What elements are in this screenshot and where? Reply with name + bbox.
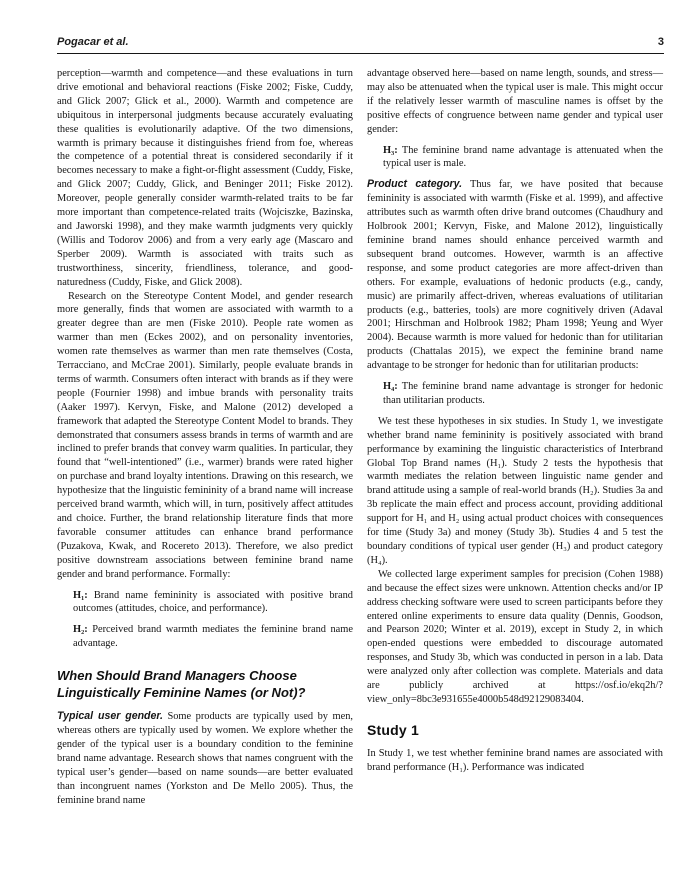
study-1-intro-paragraph: In Study 1, we test whether feminine bra…	[367, 747, 663, 775]
hypothesis-1: H₁: Brand name femininity is associated …	[73, 589, 353, 617]
methods-paragraph: We collected large experiment samples fo…	[367, 568, 663, 707]
page-number: 3	[658, 36, 664, 49]
hypothesis-1-text: Brand name femininity is associated with…	[73, 590, 353, 615]
product-category-lead: Product category.	[367, 178, 462, 190]
typical-user-gender-lead: Typical user gender.	[57, 710, 163, 722]
right-column: advantage observed here—based on name le…	[367, 67, 663, 808]
hypothesis-3-text: The feminine brand name advantage is att…	[383, 145, 663, 170]
paper-page: Pogacar et al. 3 perception—warmth and c…	[0, 0, 700, 896]
hypothesis-3-label: H₃:	[383, 145, 398, 156]
hypothesis-4-text: The feminine brand name advantage is str…	[383, 381, 663, 406]
two-column-body: perception—warmth and competence—and the…	[57, 67, 664, 808]
intro-continuation-paragraph: perception—warmth and competence—and the…	[57, 67, 353, 290]
hypothesis-4-label: H₄:	[383, 381, 398, 392]
hypothesis-2-label: H₂:	[73, 624, 88, 635]
typical-user-gender-text: Some products are typically used by men,…	[57, 711, 353, 805]
left-column: perception—warmth and competence—and the…	[57, 67, 353, 808]
typical-user-gender-paragraph: Typical user gender. Some products are t…	[57, 710, 353, 807]
studies-overview-paragraph: We test these hypotheses in six studies.…	[367, 415, 663, 568]
running-head: Pogacar et al.	[57, 36, 129, 49]
study-1-heading: Study 1	[367, 722, 663, 739]
header-rule	[57, 53, 664, 54]
hypothesis-2-text: Perceived brand warmth mediates the femi…	[73, 624, 353, 649]
hypothesis-1-label: H₁:	[73, 590, 88, 601]
product-category-text: Thus far, we have posited that because f…	[367, 179, 663, 371]
section-heading-feminine-names: When Should Brand Managers Choose Lingui…	[57, 668, 353, 701]
product-category-paragraph: Product category. Thus far, we have posi…	[367, 178, 663, 373]
hypothesis-4: H₄: The feminine brand name advantage is…	[383, 380, 663, 408]
hypothesis-3: H₃: The feminine brand name advantage is…	[383, 144, 663, 172]
stereotype-model-paragraph: Research on the Stereotype Content Model…	[57, 290, 353, 582]
hypothesis-2: H₂: Perceived brand warmth mediates the …	[73, 623, 353, 651]
page-header: Pogacar et al. 3	[57, 36, 664, 53]
typical-user-continuation-paragraph: advantage observed here—based on name le…	[367, 67, 663, 137]
methods-text: We collected large experiment samples fo…	[367, 569, 663, 691]
